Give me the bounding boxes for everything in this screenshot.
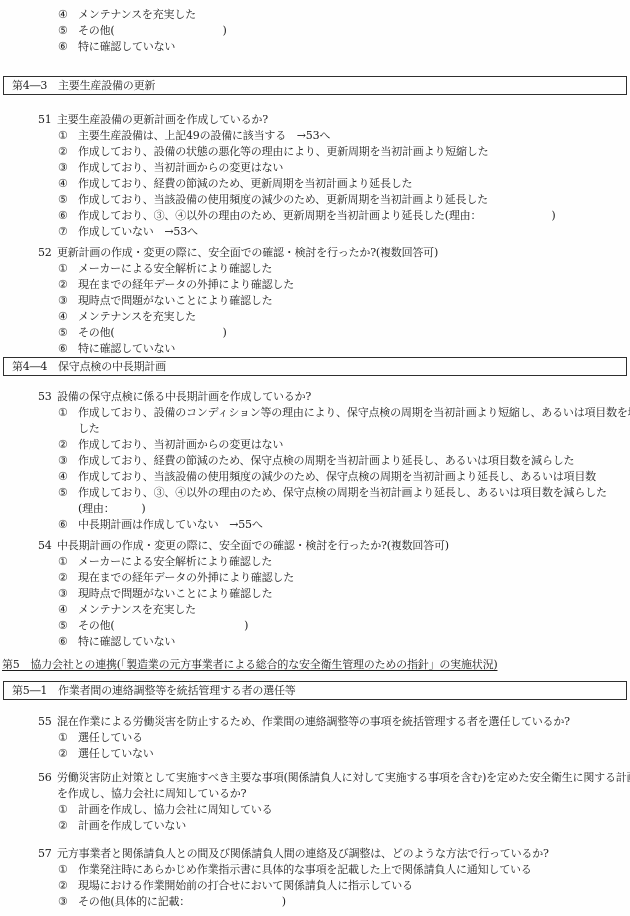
- option-marker: ②: [58, 878, 78, 894]
- option-row: ④作成しており、当該設備の使用頻度の減少のため、保守点検の周期を当初計画より延長…: [0, 469, 630, 485]
- option-text: 作成しており、当該設備の使用頻度の減少のため、更新周期を当初計画より延長した: [78, 193, 488, 206]
- question-number: 51: [38, 112, 57, 128]
- option-row: ⑤その他( ): [0, 618, 630, 634]
- option-row: ②現場における作業開始前の打合せにおいて関係請負人に指示している: [0, 878, 630, 894]
- option-marker: ④: [58, 602, 78, 618]
- section-header-4-3: 第4―3 主要生産設備の更新: [3, 76, 627, 95]
- option-row: ③作成しており、経費の節減のため、保守点検の周期を当初計画より延長し、あるいは項…: [0, 453, 630, 469]
- option-row: ②現在までの経年データの外挿により確認した: [0, 277, 630, 293]
- option-text: 現在までの経年データの外挿により確認した: [78, 571, 294, 584]
- option-text: その他( ): [78, 619, 248, 632]
- question-55: 55混在作業による労働災害を防止するため、作業間の連絡調整等の事項を統括管理する…: [0, 714, 630, 762]
- option-marker: ⑤: [58, 23, 78, 39]
- question-row: 56労働災害防止対策として実施すべき主要な事項(関係請負人に対して実施する事項を…: [0, 770, 630, 786]
- option-continuation: (理由： ): [0, 501, 630, 517]
- option-marker: ⑥: [58, 341, 78, 357]
- option-marker: ①: [58, 554, 78, 570]
- option-row: ④作成しており、経費の節減のため、更新周期を当初計画より延長した: [0, 176, 630, 192]
- survey-page: ④メンテナンスを充実した ⑤その他( ) ⑥特に確認していない 第4―3 主要生…: [0, 0, 630, 916]
- option-row: ⑥特に確認していない: [0, 634, 630, 650]
- option-row: ⑥特に確認していない: [0, 39, 630, 55]
- option-text: 現在までの経年データの外挿により確認した: [78, 278, 294, 291]
- question-text: 設備の保守点検に係る中長期計画を作成しているか?: [57, 390, 311, 403]
- option-marker: ④: [58, 309, 78, 325]
- option-row: ①メーカーによる安全解析により確認した: [0, 554, 630, 570]
- option-marker: ④: [58, 7, 78, 23]
- question-row: 51主要生産設備の更新計画を作成しているか?: [0, 112, 630, 128]
- option-marker: ②: [58, 277, 78, 293]
- option-row: ①主要生産設備は、上記49の設備に該当する →53へ: [0, 128, 630, 144]
- option-text: 計画を作成していない: [78, 819, 186, 832]
- option-row: ①計画を作成し、協力会社に周知している: [0, 802, 630, 818]
- question-text: 混在作業による労働災害を防止するため、作業間の連絡調整等の事項を統括管理する者を…: [57, 715, 570, 728]
- option-marker: ①: [58, 730, 78, 746]
- option-row: ④メンテナンスを充実した: [0, 309, 630, 325]
- option-text: した: [78, 422, 100, 435]
- option-text: 作成しており、経費の節減のため、更新周期を当初計画より延長した: [78, 177, 412, 190]
- option-marker: ③: [58, 894, 78, 910]
- question-52: 52更新計画の作成・変更の際に、安全面での確認・検討を行ったか?(複数回答可) …: [0, 245, 630, 357]
- option-row: ②現在までの経年データの外挿により確認した: [0, 570, 630, 586]
- option-marker: ①: [58, 862, 78, 878]
- option-marker: ⑥: [58, 634, 78, 650]
- option-marker: ②: [58, 818, 78, 834]
- option-row: ⑥特に確認していない: [0, 341, 630, 357]
- option-row: ②作成しており、設備の状態の悪化等の理由により、更新周期を当初計画より短縮した: [0, 144, 630, 160]
- option-marker: ②: [58, 746, 78, 762]
- option-text: 作成しており、③、④以外の理由のため、更新周期を当初計画より延長した(理由： ): [78, 209, 555, 222]
- carryover-options: ④メンテナンスを充実した ⑤その他( ) ⑥特に確認していない: [0, 7, 630, 55]
- option-text: 特に確認していない: [78, 635, 175, 648]
- option-row: ⑤作成しており、③、④以外の理由のため、保守点検の周期を当初計画より延長し、ある…: [0, 485, 630, 501]
- option-text: 現時点で問題がないことにより確認した: [78, 587, 272, 600]
- question-number: 54: [38, 538, 57, 554]
- section-heading-5: 第5 協力会社との連携(「製造業の元方事業者による総合的な安全衛生管理のための指…: [2, 656, 630, 673]
- option-text: 現場における作業開始前の打合せにおいて関係請負人に指示している: [78, 879, 413, 892]
- option-marker: ⑤: [58, 485, 78, 501]
- option-text: その他( ): [78, 326, 227, 339]
- option-row: ①メーカーによる安全解析により確認した: [0, 261, 630, 277]
- option-text: その他(具体的に記載： ): [78, 895, 286, 908]
- option-marker: ②: [58, 144, 78, 160]
- option-continuation: した: [0, 421, 630, 437]
- option-row: ①選任している: [0, 730, 630, 746]
- section-header-5-1: 第5―1 作業者間の連絡調整等を統括管理する者の選任等: [3, 681, 627, 700]
- question-number: 53: [38, 389, 57, 405]
- option-marker: ⑤: [58, 192, 78, 208]
- question-text: 労働災害防止対策として実施すべき主要な事項(関係請負人に対して実施する事項を含む…: [57, 771, 630, 784]
- option-text: (理由： ): [78, 502, 145, 515]
- option-text: 作成しており、経費の節減のため、保守点検の周期を当初計画より延長し、あるいは項目…: [78, 454, 574, 467]
- option-row: ④メンテナンスを充実した: [0, 7, 630, 23]
- question-row: 52更新計画の作成・変更の際に、安全面での確認・検討を行ったか?(複数回答可): [0, 245, 630, 261]
- option-text: メンテナンスを充実した: [78, 603, 196, 616]
- option-text: 選任している: [78, 731, 143, 744]
- option-marker: ④: [58, 176, 78, 192]
- question-text: を作成し、協力会社に周知しているか?: [57, 787, 246, 800]
- question-57: 57元方事業者と関係請負人との間及び関係請負人間の連絡及び調整は、どのような方法…: [0, 846, 630, 910]
- option-row: ③現時点で問題がないことにより確認した: [0, 293, 630, 309]
- option-row: ③作成しており、当初計画からの変更はない: [0, 160, 630, 176]
- option-row: ⑦作成していない →53へ: [0, 224, 630, 240]
- option-text: 現時点で問題がないことにより確認した: [78, 294, 272, 307]
- option-marker: ①: [58, 405, 78, 421]
- section-title: 第5―1 作業者間の連絡調整等を統括管理する者の選任等: [12, 684, 296, 697]
- option-text: 特に確認していない: [78, 40, 175, 53]
- option-marker: ③: [58, 586, 78, 602]
- question-text: 中長期計画の作成・変更の際に、安全面での確認・検討を行ったか?(複数回答可): [57, 539, 449, 552]
- option-text: メーカーによる安全解析により確認した: [78, 555, 272, 568]
- option-marker: ③: [58, 453, 78, 469]
- question-row: 53設備の保守点検に係る中長期計画を作成しているか?: [0, 389, 630, 405]
- question-text: 更新計画の作成・変更の際に、安全面での確認・検討を行ったか?(複数回答可): [57, 246, 438, 259]
- option-text: メーカーによる安全解析により確認した: [78, 262, 272, 275]
- option-text: 作成しており、当初計画からの変更はない: [78, 161, 283, 174]
- option-row: ③現時点で問題がないことにより確認した: [0, 586, 630, 602]
- option-text: 中長期計画は作成していない →55へ: [78, 518, 263, 531]
- option-text: メンテナンスを充実した: [78, 8, 196, 21]
- option-marker: ⑦: [58, 224, 78, 240]
- option-text: 作業発注時にあらかじめ作業指示書に具体的な事項を記載した上で関係請負人に通知して…: [78, 863, 532, 876]
- option-row: ⑤その他( ): [0, 325, 630, 341]
- option-row: ①作業発注時にあらかじめ作業指示書に具体的な事項を記載した上で関係請負人に通知し…: [0, 862, 630, 878]
- option-row: ④メンテナンスを充実した: [0, 602, 630, 618]
- question-text: 主要生産設備の更新計画を作成しているか?: [57, 113, 268, 126]
- question-56: 56労働災害防止対策として実施すべき主要な事項(関係請負人に対して実施する事項を…: [0, 770, 630, 834]
- option-marker: ⑥: [58, 208, 78, 224]
- option-text: 特に確認していない: [78, 342, 175, 355]
- section-title: 第4―3 主要生産設備の更新: [12, 79, 155, 92]
- section-title: 第5 協力会社との連携(「製造業の元方事業者による総合的な安全衛生管理のための指…: [2, 658, 497, 671]
- question-continuation: を作成し、協力会社に周知しているか?: [0, 786, 630, 802]
- question-row: 57元方事業者と関係請負人との間及び関係請負人間の連絡及び調整は、どのような方法…: [0, 846, 630, 862]
- option-marker: ⑤: [58, 618, 78, 634]
- option-marker: ③: [58, 160, 78, 176]
- option-row: ⑥作成しており、③、④以外の理由のため、更新周期を当初計画より延長した(理由： …: [0, 208, 630, 224]
- question-row: 55混在作業による労働災害を防止するため、作業間の連絡調整等の事項を統括管理する…: [0, 714, 630, 730]
- option-text: 選任していない: [78, 747, 154, 760]
- question-53: 53設備の保守点検に係る中長期計画を作成しているか? ①作成しており、設備のコン…: [0, 389, 630, 533]
- question-text: 元方事業者と関係請負人との間及び関係請負人間の連絡及び調整は、どのような方法で行…: [57, 847, 549, 860]
- option-text: 作成しており、当該設備の使用頻度の減少のため、保守点検の周期を当初計画より延長し…: [78, 470, 596, 483]
- option-text: 作成しており、設備のコンディション等の理由により、保守点検の周期を当初計画より短…: [78, 406, 630, 419]
- question-54: 54中長期計画の作成・変更の際に、安全面での確認・検討を行ったか?(複数回答可)…: [0, 538, 630, 650]
- option-text: 計画を作成し、協力会社に周知している: [78, 803, 272, 816]
- option-row: ③その他(具体的に記載： ): [0, 894, 630, 910]
- option-row: ⑤その他( ): [0, 23, 630, 39]
- option-marker: ①: [58, 128, 78, 144]
- section-header-4-4: 第4―4 保守点検の中長期計画: [3, 357, 627, 376]
- option-row: ⑤作成しており、当該設備の使用頻度の減少のため、更新周期を当初計画より延長した: [0, 192, 630, 208]
- option-marker: ③: [58, 293, 78, 309]
- option-text: 作成しており、③、④以外の理由のため、保守点検の周期を当初計画より延長し、あるい…: [78, 486, 607, 499]
- option-marker: ①: [58, 802, 78, 818]
- option-marker: ⑤: [58, 325, 78, 341]
- option-row: ⑥中長期計画は作成していない →55へ: [0, 517, 630, 533]
- option-row: ②選任していない: [0, 746, 630, 762]
- option-text: メンテナンスを充実した: [78, 310, 196, 323]
- option-text: 作成しており、当初計画からの変更はない: [78, 438, 283, 451]
- section-title: 第4―4 保守点検の中長期計画: [12, 360, 166, 373]
- question-row: 54中長期計画の作成・変更の際に、安全面での確認・検討を行ったか?(複数回答可): [0, 538, 630, 554]
- option-text: 主要生産設備は、上記49の設備に該当する →53へ: [78, 129, 330, 142]
- option-marker: ②: [58, 570, 78, 586]
- option-marker: ②: [58, 437, 78, 453]
- option-row: ②作成しており、当初計画からの変更はない: [0, 437, 630, 453]
- option-marker: ⑥: [58, 517, 78, 533]
- question-number: 56: [38, 770, 57, 786]
- question-number: 52: [38, 245, 57, 261]
- question-51: 51主要生産設備の更新計画を作成しているか? ①主要生産設備は、上記49の設備に…: [0, 112, 630, 240]
- option-text: その他( ): [78, 24, 227, 37]
- option-text: 作成していない →53へ: [78, 225, 198, 238]
- option-row: ①作成しており、設備のコンディション等の理由により、保守点検の周期を当初計画より…: [0, 405, 630, 421]
- option-text: 作成しており、設備の状態の悪化等の理由により、更新周期を当初計画より短縮した: [78, 145, 488, 158]
- question-number: 55: [38, 714, 57, 730]
- question-number: 57: [38, 846, 57, 862]
- option-marker: ⑥: [58, 39, 78, 55]
- option-marker: ①: [58, 261, 78, 277]
- option-marker: ④: [58, 469, 78, 485]
- option-row: ②計画を作成していない: [0, 818, 630, 834]
